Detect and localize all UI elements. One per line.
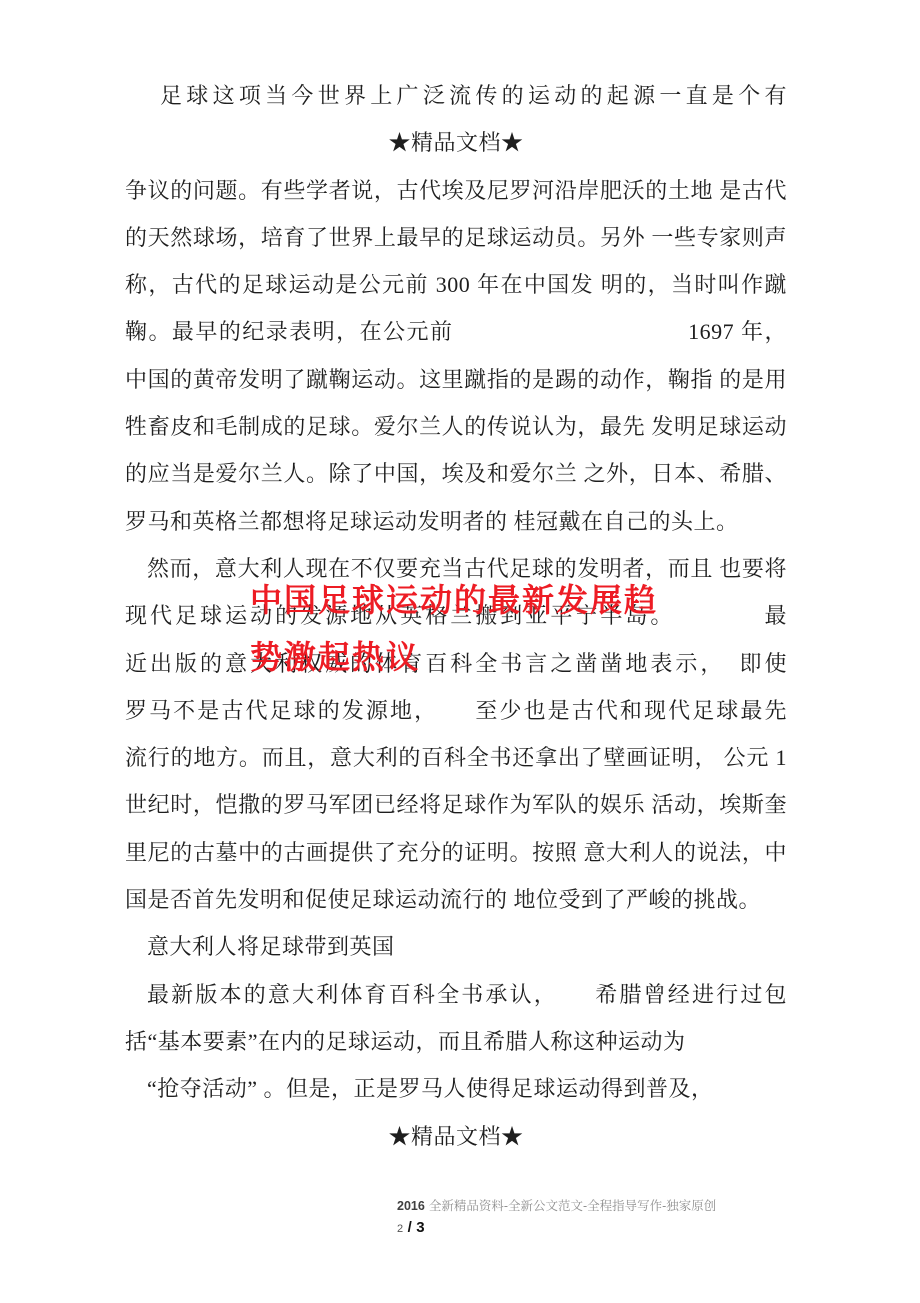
footer-year: 2016 [397,1199,425,1213]
page-number-total: 3 [416,1219,424,1236]
document-page: 足球这项当今世界上广泛流传的运动的起源一直是个有★精品文档★争议的问题。有些学者… [0,0,920,1303]
document-line: 最新版本的意大利体育百科全书承认， 希腊曾经进行过包 [125,971,787,1018]
page-number: 2 / 3 [397,1219,716,1237]
document-line: 国是否首先发明和促使足球运动流行的 地位受到了严峻的挑战。 [125,876,787,923]
footer-credit-line: 2016全新精品资料-全新公文范文-全程指导写作-独家原创 [397,1196,716,1214]
document-line: 括“基本要素”在内的足球运动，而且希腊人称这种运动为 [125,1018,787,1065]
document-line: 的天然球场，培育了世界上最早的足球运动员。另外 一些专家则声 [125,214,787,261]
overlay-headline: 中国足球运动的最新发展趋 势激起热议 [250,572,658,686]
overlay-headline-line1: 中国足球运动的最新发展趋 [250,572,658,629]
page-number-current: 2 [397,1223,403,1235]
document-line: 争议的问题。有些学者说，古代埃及尼罗河沿岸肥沃的土地 是古代 [125,167,787,214]
document-line: 的应当是爱尔兰人。除了中国，埃及和爱尔兰 之外，日本、希腊、 [125,450,787,497]
document-line: 里尼的古墓中的古画提供了充分的证明。按照 意大利人的说法，中 [125,829,787,876]
document-line: 鞠。最早的纪录表明，在公元前 1697 年， [125,308,787,355]
document-line: 流行的地方。而且，意大利的百科全书还拿出了壁画证明， 公元 1 [125,734,787,781]
watermark-line: ★精品文档★ [125,1113,787,1160]
document-line: 称，古代的足球运动是公元前 300 年在中国发 明的，当时叫作蹴 [125,261,787,308]
document-line: 罗马不是古代足球的发源地， 至少也是古代和现代足球最先 [125,687,787,734]
page-footer: 2016全新精品资料-全新公文范文-全程指导写作-独家原创 2 / 3 [397,1196,716,1237]
watermark-line: ★精品文档★ [125,119,787,166]
document-line: 足球这项当今世界上广泛流传的运动的起源一直是个有 [125,72,787,119]
document-line: 中国的黄帝发明了蹴鞠运动。这里蹴指的是踢的动作，鞠指 的是用 [125,356,787,403]
document-line: 世纪时，恺撒的罗马军团已经将足球作为军队的娱乐 活动，埃斯奎 [125,781,787,828]
page-number-separator: / [408,1219,412,1236]
document-line: 意大利人将足球带到英国 [125,923,787,970]
footer-credit-text: 全新精品资料-全新公文范文-全程指导写作-独家原创 [429,1199,717,1213]
document-line: 牲畜皮和毛制成的足球。爱尔兰人的传说认为，最先 发明足球运动 [125,403,787,450]
document-line: “抢夺活动” 。但是，正是罗马人使得足球运动得到普及， [125,1065,787,1112]
document-line: 罗马和英格兰都想将足球运动发明者的 桂冠戴在自己的头上。 [125,498,787,545]
overlay-headline-line2: 势激起热议 [250,629,658,686]
